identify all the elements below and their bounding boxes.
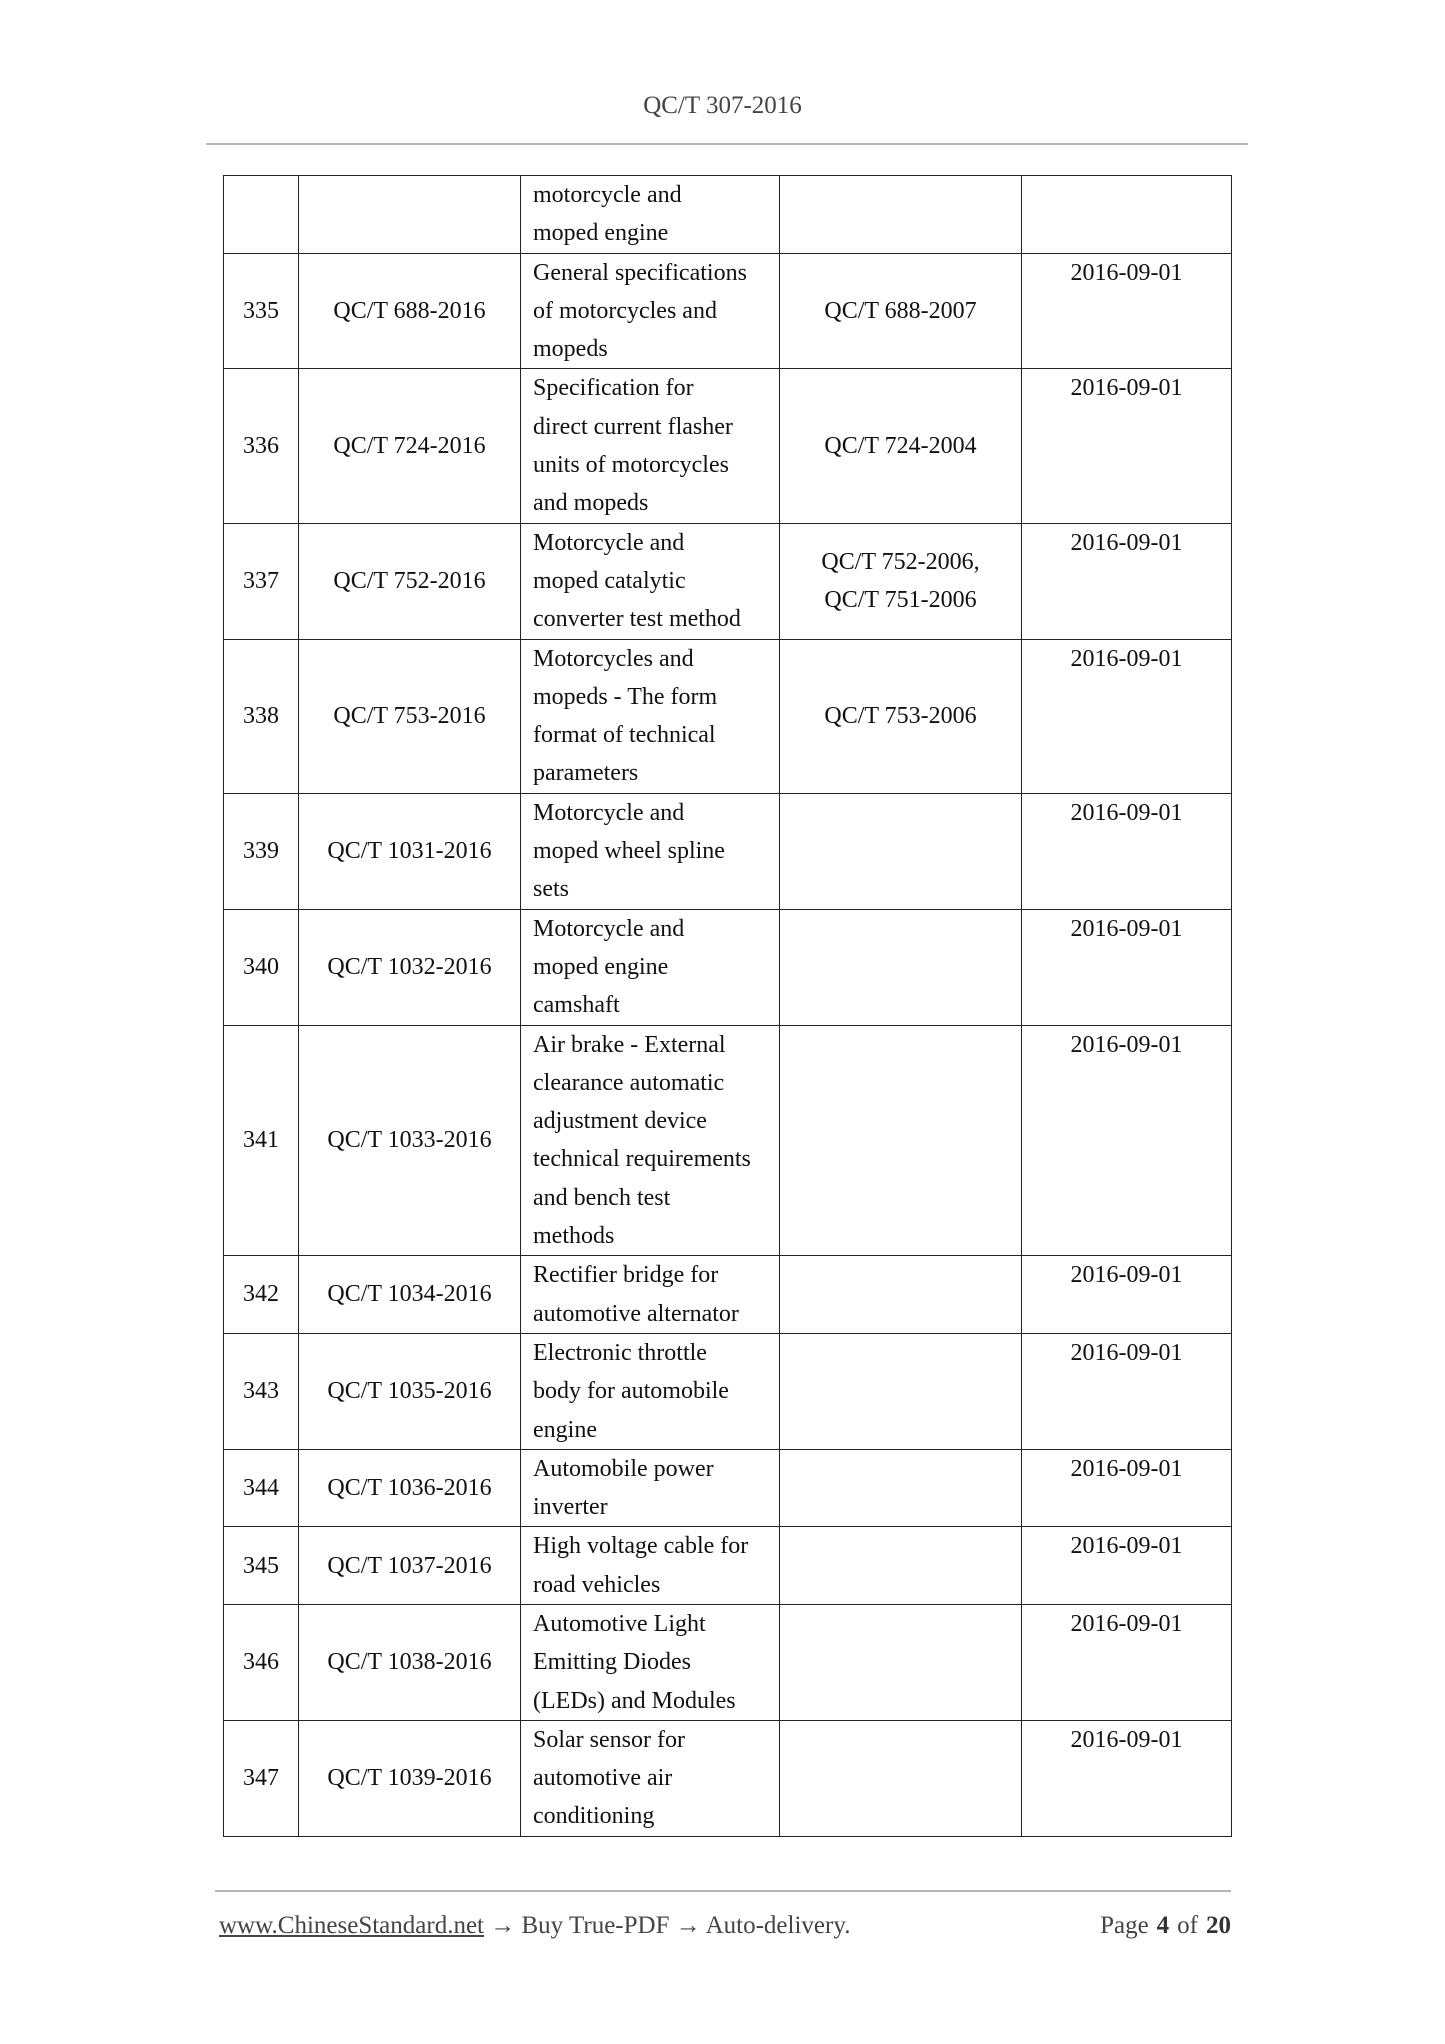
replaced-standard-cell [780,1720,1022,1836]
website-link[interactable]: www.ChineseStandard.net [219,1912,484,1939]
title-cell: Motorcycles andmopeds - The formformat o… [521,639,780,793]
row-number-cell: 344 [224,1449,299,1527]
replaced-standard-cell: QC/T 753-2006 [780,639,1022,793]
title-cell: motorcycle andmoped engine [521,176,780,254]
standard-number-cell: QC/T 752-2016 [299,523,521,639]
implementation-date-cell: 2016-09-01 [1022,1720,1232,1836]
implementation-date-cell: 2016-09-01 [1022,909,1232,1025]
table-row: 337QC/T 752-2016Motorcycle andmoped cata… [224,523,1232,639]
row-number-cell: 342 [224,1256,299,1334]
page-current: 4 [1157,1912,1170,1939]
standard-number-cell: QC/T 1031-2016 [299,793,521,909]
title-cell: General specificationsof motorcycles and… [521,253,780,369]
implementation-date-cell: 2016-09-01 [1022,369,1232,523]
implementation-date-cell: 2016-09-01 [1022,1333,1232,1449]
replaced-standard-cell [780,176,1022,254]
standard-number-cell: QC/T 1035-2016 [299,1333,521,1449]
row-number-cell [224,176,299,254]
delivery-text: Auto-delivery. [706,1912,851,1939]
replaced-standard-cell [780,1604,1022,1720]
title-cell: Motorcycle andmoped enginecamshaft [521,909,780,1025]
row-number-cell: 345 [224,1527,299,1605]
table-row: 347QC/T 1039-2016Solar sensor forautomot… [224,1720,1232,1836]
standard-number-cell: QC/T 1039-2016 [299,1720,521,1836]
title-cell: Automotive LightEmitting Diodes(LEDs) an… [521,1604,780,1720]
footer-divider [215,1890,1231,1892]
implementation-date-cell: 2016-09-01 [1022,1527,1232,1605]
title-cell: Automobile powerinverter [521,1449,780,1527]
page-total: 20 [1206,1912,1231,1939]
page-indicator: Page4of20 [1100,1912,1231,1940]
arrow-right-icon: → [490,1912,515,1939]
row-number-cell: 336 [224,369,299,523]
standard-number-cell: QC/T 1034-2016 [299,1256,521,1334]
row-number-cell: 335 [224,253,299,369]
standard-number-cell: QC/T 1037-2016 [299,1527,521,1605]
replaced-standard-cell [780,1527,1022,1605]
implementation-date-cell: 2016-09-01 [1022,1604,1232,1720]
row-number-cell: 338 [224,639,299,793]
buy-text: Buy True-PDF [522,1912,670,1939]
page-of: of [1177,1912,1198,1939]
standard-number-cell: QC/T 688-2016 [299,253,521,369]
implementation-date-cell: 2016-09-01 [1022,1449,1232,1527]
replaced-standard-cell: QC/T 724-2004 [780,369,1022,523]
title-cell: Motorcycle andmoped wheel splinesets [521,793,780,909]
table-row: 344QC/T 1036-2016Automobile powerinverte… [224,1449,1232,1527]
implementation-date-cell: 2016-09-01 [1022,639,1232,793]
replaced-standard-cell: QC/T 752-2006,QC/T 751-2006 [780,523,1022,639]
table-row: motorcycle andmoped engine [224,176,1232,254]
table-row: 339QC/T 1031-2016Motorcycle andmoped whe… [224,793,1232,909]
standards-table: motorcycle andmoped engine335QC/T 688-20… [223,175,1232,1837]
title-cell: Solar sensor forautomotive airconditioni… [521,1720,780,1836]
standard-number-cell: QC/T 1038-2016 [299,1604,521,1720]
replaced-standard-cell: QC/T 688-2007 [780,253,1022,369]
table-row: 336QC/T 724-2016Specification fordirect … [224,369,1232,523]
table-row: 345QC/T 1037-2016High voltage cable forr… [224,1527,1232,1605]
standard-number-cell: QC/T 724-2016 [299,369,521,523]
title-cell: Specification fordirect current flasheru… [521,369,780,523]
header-divider [206,143,1248,145]
standard-number-cell: QC/T 1036-2016 [299,1449,521,1527]
standard-number-cell: QC/T 1032-2016 [299,909,521,1025]
arrow-right-icon: → [676,1912,701,1939]
page-label: Page [1100,1912,1149,1939]
table-row: 346QC/T 1038-2016Automotive LightEmittin… [224,1604,1232,1720]
row-number-cell: 347 [224,1720,299,1836]
implementation-date-cell: 2016-09-01 [1022,1025,1232,1256]
replaced-standard-cell [780,909,1022,1025]
implementation-date-cell: 2016-09-01 [1022,253,1232,369]
title-cell: High voltage cable forroad vehicles [521,1527,780,1605]
implementation-date-cell: 2016-09-01 [1022,1256,1232,1334]
standard-number-cell: QC/T 753-2016 [299,639,521,793]
replaced-standard-cell [780,1025,1022,1256]
table-row: 335QC/T 688-2016General specificationsof… [224,253,1232,369]
replaced-standard-cell [780,793,1022,909]
implementation-date-cell [1022,176,1232,254]
row-number-cell: 339 [224,793,299,909]
title-cell: Air brake - Externalclearance automatica… [521,1025,780,1256]
table-row: 341QC/T 1033-2016Air brake - Externalcle… [224,1025,1232,1256]
standard-number-cell: QC/T 1033-2016 [299,1025,521,1256]
row-number-cell: 343 [224,1333,299,1449]
implementation-date-cell: 2016-09-01 [1022,793,1232,909]
table-row: 340QC/T 1032-2016Motorcycle andmoped eng… [224,909,1232,1025]
implementation-date-cell: 2016-09-01 [1022,523,1232,639]
row-number-cell: 346 [224,1604,299,1720]
page-footer: www.ChineseStandard.net → Buy True-PDF →… [219,1912,1231,1940]
row-number-cell: 337 [224,523,299,639]
title-cell: Motorcycle andmoped catalyticconverter t… [521,523,780,639]
standard-number-cell [299,176,521,254]
table-row: 342QC/T 1034-2016Rectifier bridge foraut… [224,1256,1232,1334]
replaced-standard-cell [780,1333,1022,1449]
document-header-title: QC/T 307-2016 [0,92,1445,120]
table-row: 343QC/T 1035-2016Electronic throttlebody… [224,1333,1232,1449]
title-cell: Electronic throttlebody for automobileen… [521,1333,780,1449]
title-cell: Rectifier bridge forautomotive alternato… [521,1256,780,1334]
row-number-cell: 341 [224,1025,299,1256]
table-row: 338QC/T 753-2016Motorcycles andmopeds - … [224,639,1232,793]
replaced-standard-cell [780,1256,1022,1334]
replaced-standard-cell [780,1449,1022,1527]
row-number-cell: 340 [224,909,299,1025]
